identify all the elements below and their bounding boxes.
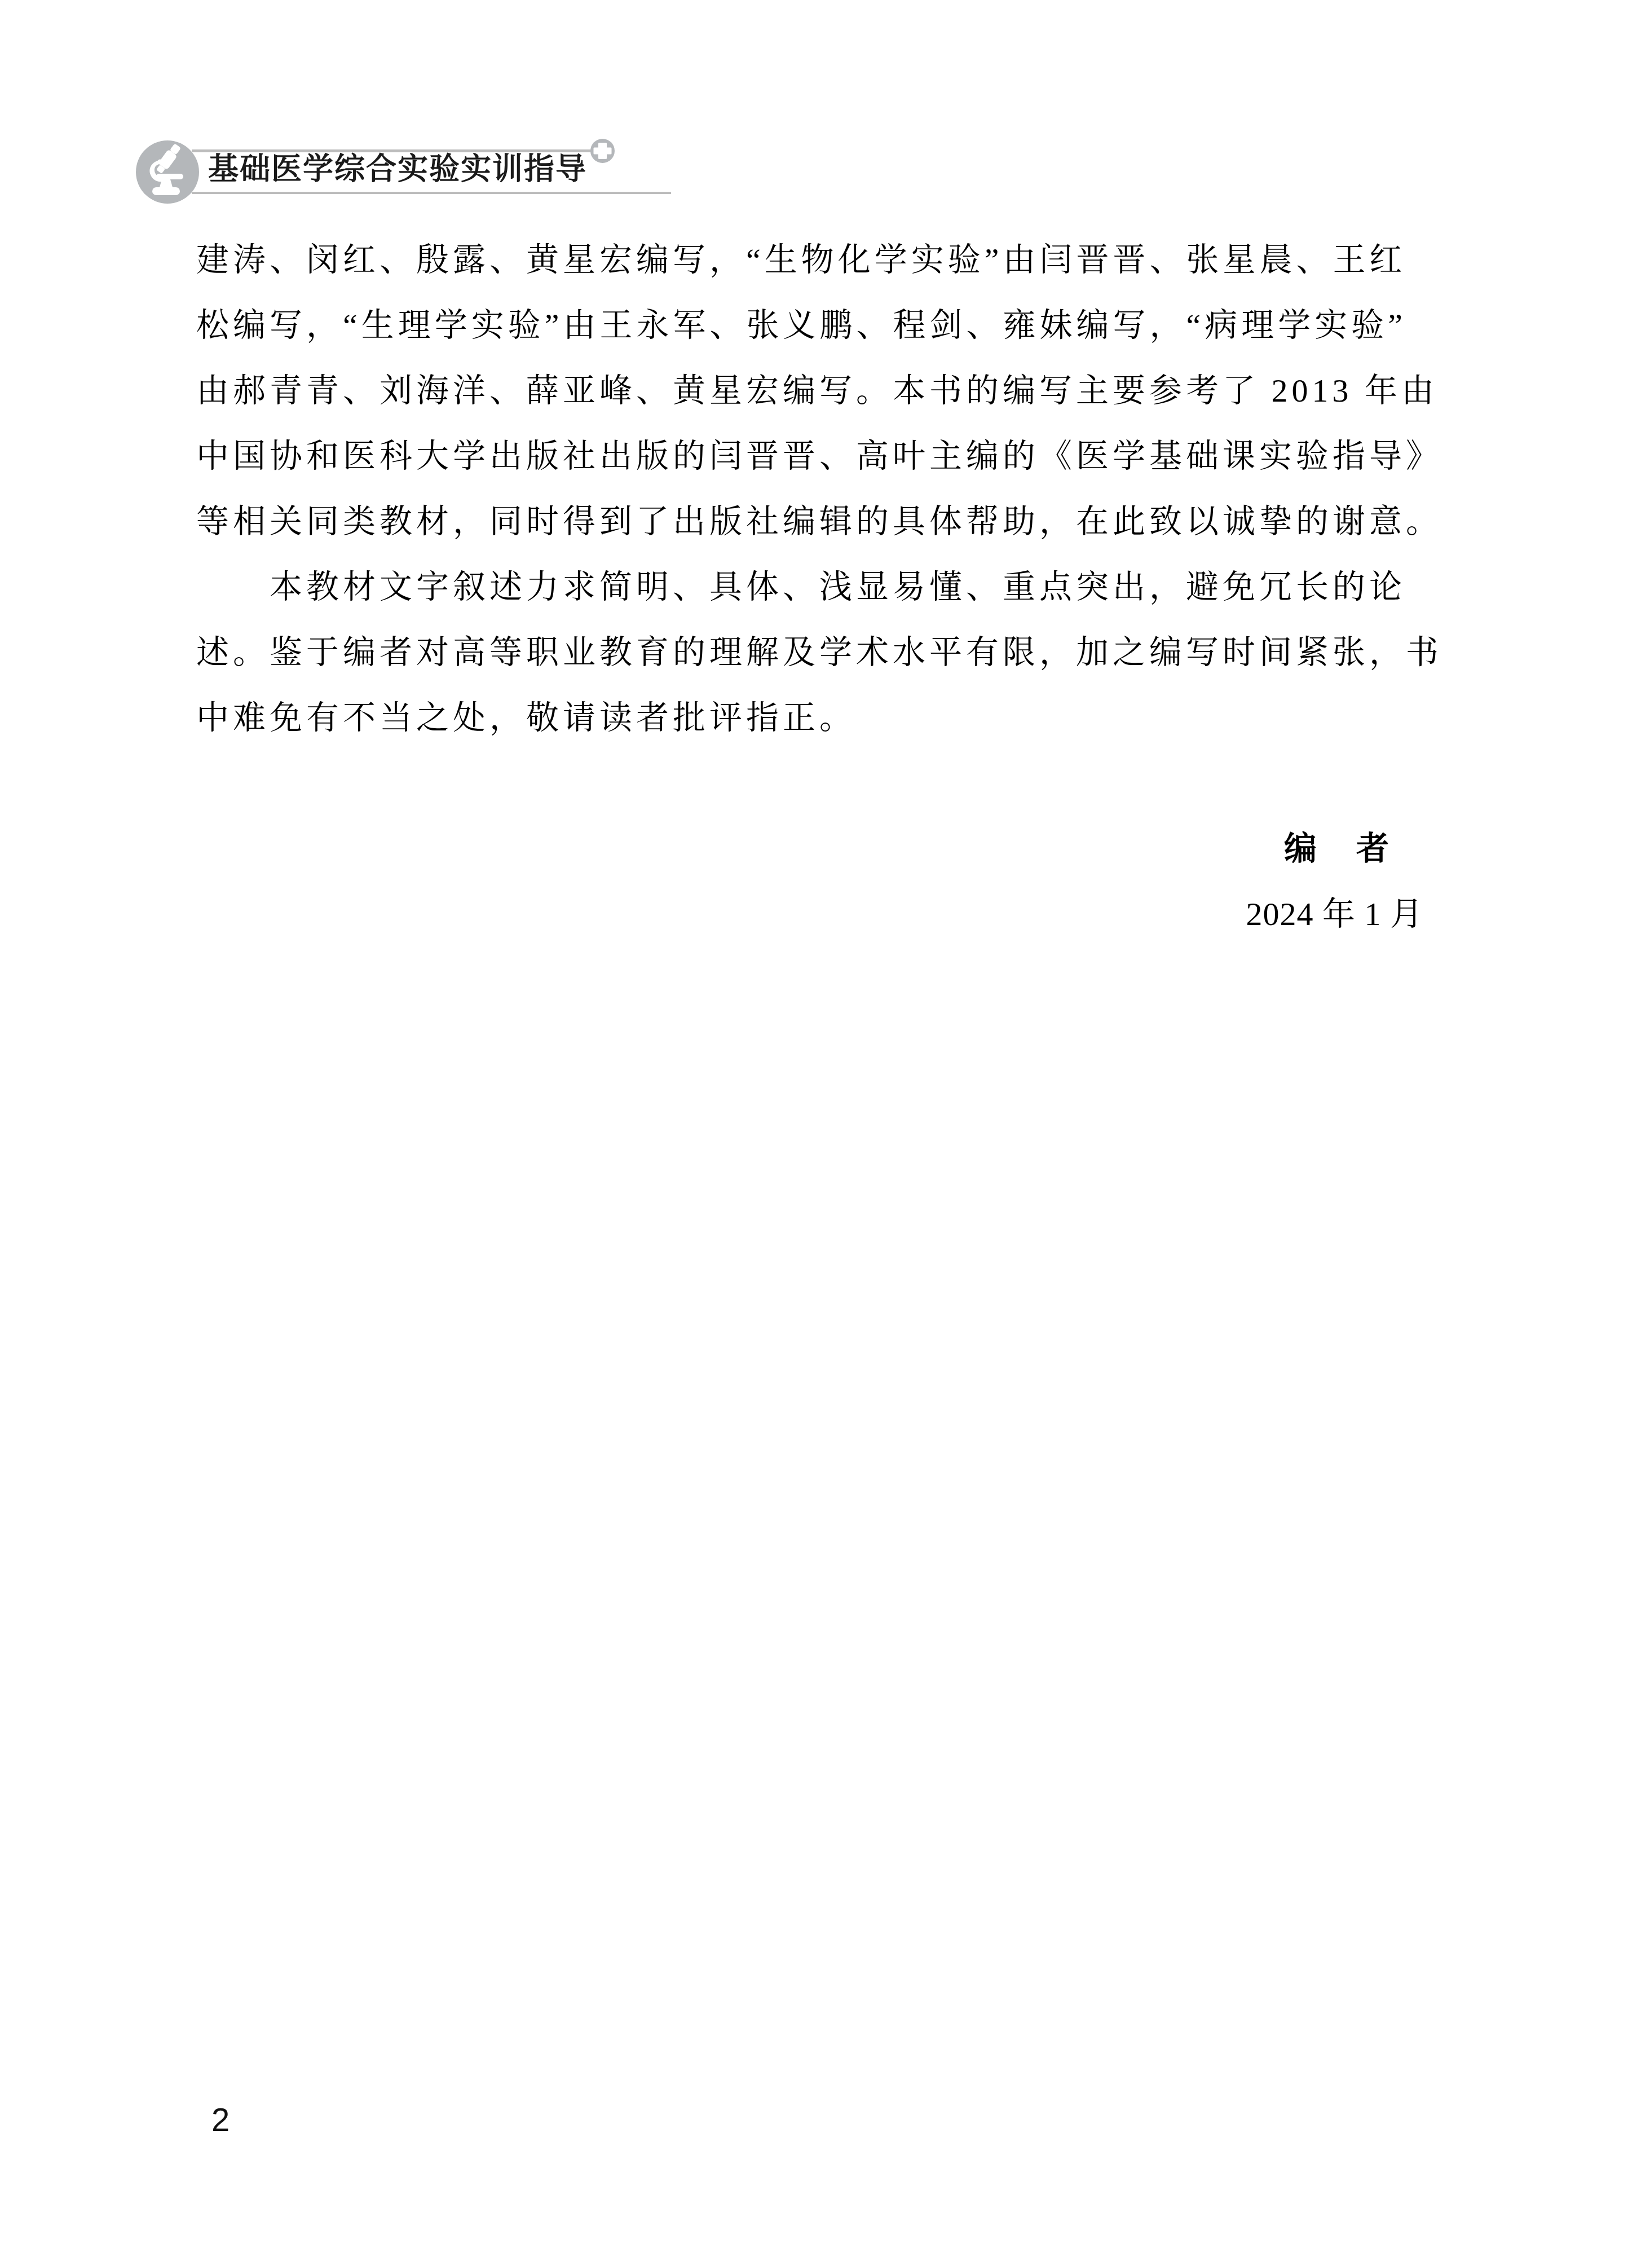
page-number: 2 [211, 2104, 230, 2137]
microscope-icon [136, 140, 199, 204]
signature: 编 者 [196, 816, 1438, 882]
body-line: 中国协和医科大学出版社出版的闫晋晋、高叶主编的《医学基础课实验指导》 [196, 424, 1438, 489]
preface-body: 建涛、闵红、殷露、黄星宏编写，“生物化学实验”由闫晋晋、张星晨、王红 松编写，“… [196, 227, 1438, 947]
body-line: 本教材文字叙述力求简明、具体、浅显易懂、重点突出，避免冗长的论 [196, 554, 1438, 620]
page-title: 基础医学综合实验实训指导 [208, 153, 587, 186]
body-line: 中难免有不当之处，敬请读者批评指正。 [196, 685, 1438, 751]
body-line: 松编写，“生理学实验”由王永军、张义鹏、程剑、雍妹编写，“病理学实验” [196, 293, 1438, 358]
medical-cross-icon [590, 139, 615, 163]
body-line: 述。鉴于编者对高等职业教育的理解及学术水平有限，加之编写时间紧张，书 [196, 620, 1438, 685]
body-line: 由郝青青、刘海洋、薛亚峰、黄星宏编写。本书的编写主要参考了 2013 年由 [196, 358, 1438, 424]
header-rule-bottom [192, 192, 671, 194]
document-page: 基础医学综合实验实训指导 建涛、闵红、殷露、黄星宏编写，“生物化学实验”由闫晋晋… [0, 0, 1628, 2268]
body-line: 等相关同类教材，同时得到了出版社编辑的具体帮助，在此致以诚挚的谢意。 [196, 489, 1438, 554]
date: 2024 年 1 月 [196, 882, 1438, 947]
spacer-line [196, 751, 1438, 816]
body-line: 建涛、闵红、殷露、黄星宏编写，“生物化学实验”由闫晋晋、张星晨、王红 [196, 227, 1438, 293]
